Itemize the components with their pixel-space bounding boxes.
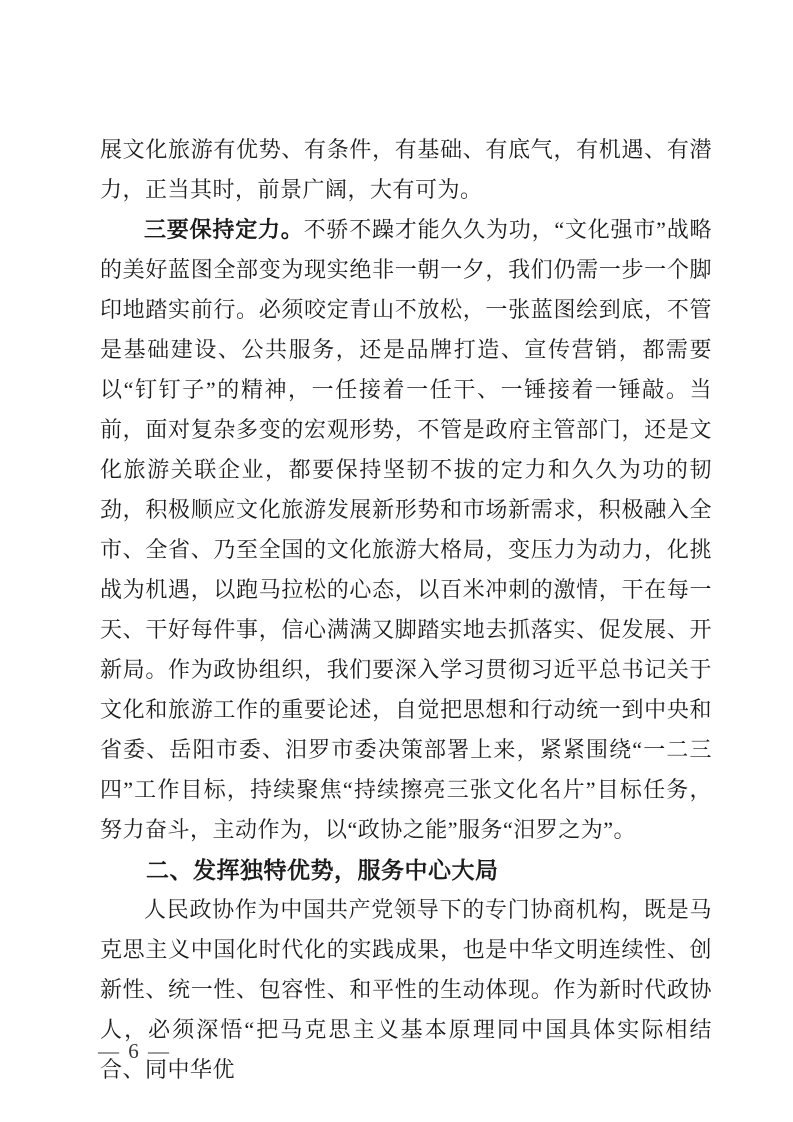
- body-paragraph: 三要保持定力。不骄不躁才能久久为功，“文化强市”战略的美好蓝图全部变为现实绝非一…: [100, 210, 712, 850]
- page-number-footer: — 6 —: [98, 1038, 171, 1064]
- section-heading: 二、发挥独特优势，服务中心大局: [100, 850, 712, 890]
- document-body: 展文化旅游有优势、有条件，有基础、有底气，有机遇、有潜力，正当其时，前景广阔，大…: [100, 130, 712, 1090]
- text-run: 人民政协作为中国共产党领导下的专门协商机构，既是马克思主义中国化时代化的实践成果…: [100, 897, 712, 1082]
- page-number: — 6 —: [98, 1039, 171, 1063]
- text-run: 展文化旅游有优势、有条件，有基础、有底气，有机遇、有潜力，正当其时，前景广阔，大…: [100, 137, 712, 202]
- bold-text-run: 二、发挥独特优势，服务中心大局: [146, 857, 499, 883]
- text-run: 不骄不躁才能久久为功，“文化强市”战略的美好蓝图全部变为现实绝非一朝一夕，我们仍…: [100, 217, 712, 842]
- body-paragraph: 人民政协作为中国共产党领导下的专门协商机构，既是马克思主义中国化时代化的实践成果…: [100, 890, 712, 1090]
- body-paragraph: 展文化旅游有优势、有条件，有基础、有底气，有机遇、有潜力，正当其时，前景广阔，大…: [100, 130, 712, 210]
- document-page: 展文化旅游有优势、有条件，有基础、有底气，有机遇、有潜力，正当其时，前景广阔，大…: [0, 0, 793, 1122]
- bold-text-run: 三要保持定力。: [144, 217, 304, 242]
